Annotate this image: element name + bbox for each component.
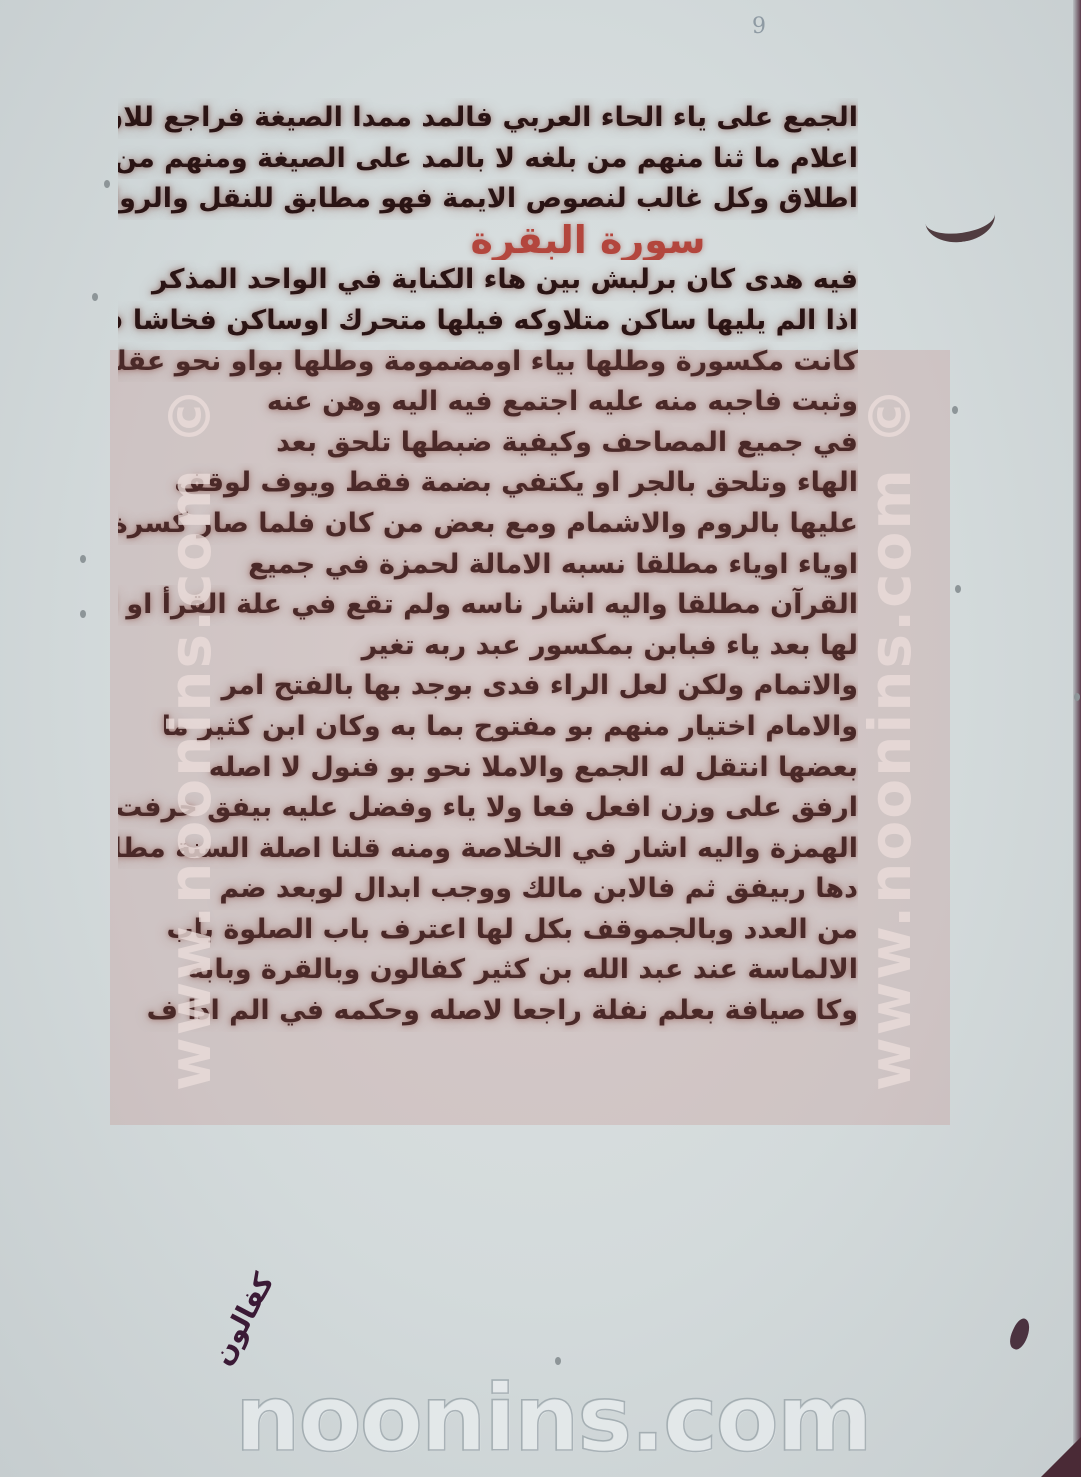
text-line: القرآن مطلقا واليه اشار ناسه ولم تقع في …: [118, 585, 858, 626]
text-line: بعضها انتقل له الجمع والاملا نحو بو فنول…: [118, 748, 858, 789]
text-line: الهاء وتلحق بالجر او يكتفي بضمة فقط ويوف…: [118, 463, 858, 504]
paper-spot: [80, 555, 86, 563]
ink-mark: [1006, 1316, 1034, 1352]
text-line: لها بعد ياء فبابن بمكسور عبد ربه تغير: [118, 626, 858, 667]
paper-spot: [92, 293, 98, 301]
text-line: اعلام ما ثنا منهم من بلغه لا بالمد على ا…: [118, 139, 858, 180]
text-line: من العدد وبالجموقف بكل لها اعترف باب الص…: [118, 910, 858, 951]
text-line: اذا الم يليها ساكن متلاوكه فيلها متحرك ا…: [118, 301, 858, 342]
paper-spot: [104, 180, 110, 188]
ink-stain: [922, 190, 998, 246]
text-line: وثبت فاجبه منه عليه اجتمع فيه اليه وهن ع…: [118, 382, 858, 423]
text-line: والامام اختيار منهم بو مفتوح بما به وكان…: [118, 707, 858, 748]
paper-spot: [955, 585, 961, 593]
text-line: في جميع المصاحف وكيفية ضبطها تلحق بعد: [118, 423, 858, 464]
text-line: اوياء اوياء مطلقا نسبه الامالة لحمزة في …: [118, 545, 858, 586]
text-line: الهمزة واليه اشار في الخلاصة ومنه قلنا ا…: [118, 829, 858, 870]
surah-heading: سورة البقرة: [118, 220, 858, 261]
text-line: الجمع على ياء الحاء العربي فالمد ممدا ال…: [118, 98, 858, 139]
text-line: عليها بالروم والاشمام ومع بعض من كان فلم…: [118, 504, 858, 545]
text-line: الالماسة عند عبد الله بن كثير كفالون وبا…: [118, 950, 858, 991]
text-line: وكا صيافة بعلم نفلة راجعا لاصله وحكمه في…: [118, 991, 858, 1032]
manuscript-page: 9 الجمع على ياء الحاء العربي فالمد ممدا …: [0, 0, 1081, 1477]
text-line: اطلاق وكل غالب لنصوص الايمة فهو مطابق لل…: [118, 179, 858, 220]
folio-number: 9: [752, 14, 766, 39]
watermark-text: www.noonins.com ©: [856, 385, 924, 1091]
paper-spot: [952, 406, 958, 414]
paper-spot: [80, 610, 86, 618]
page-corner-shadow: [1041, 1427, 1081, 1477]
catchword: كفالون: [205, 1268, 281, 1371]
paper-spot: [555, 1357, 561, 1365]
text-line: فيه هدى كان برلبش بين هاء الكناية في الو…: [118, 260, 858, 301]
page-edge-right: [1073, 0, 1081, 1477]
footer-watermark: noonins.com: [235, 1365, 871, 1472]
text-line: والاتمام ولكن لعل الراء فدى بوجد بها بال…: [118, 666, 858, 707]
text-line: ارفق على وزن افعل فعا ولا ياء وفضل عليه …: [118, 788, 858, 829]
text-line: كانت مكسورة وطلها بياء اومضمومة وطلها بو…: [118, 342, 858, 383]
manuscript-text-block: الجمع على ياء الحاء العربي فالمد ممدا ال…: [118, 98, 858, 1032]
paper-spot: [1074, 693, 1080, 701]
text-line: دها ربيفق ثم فالابن مالك ووجب ابدال لوبع…: [118, 869, 858, 910]
